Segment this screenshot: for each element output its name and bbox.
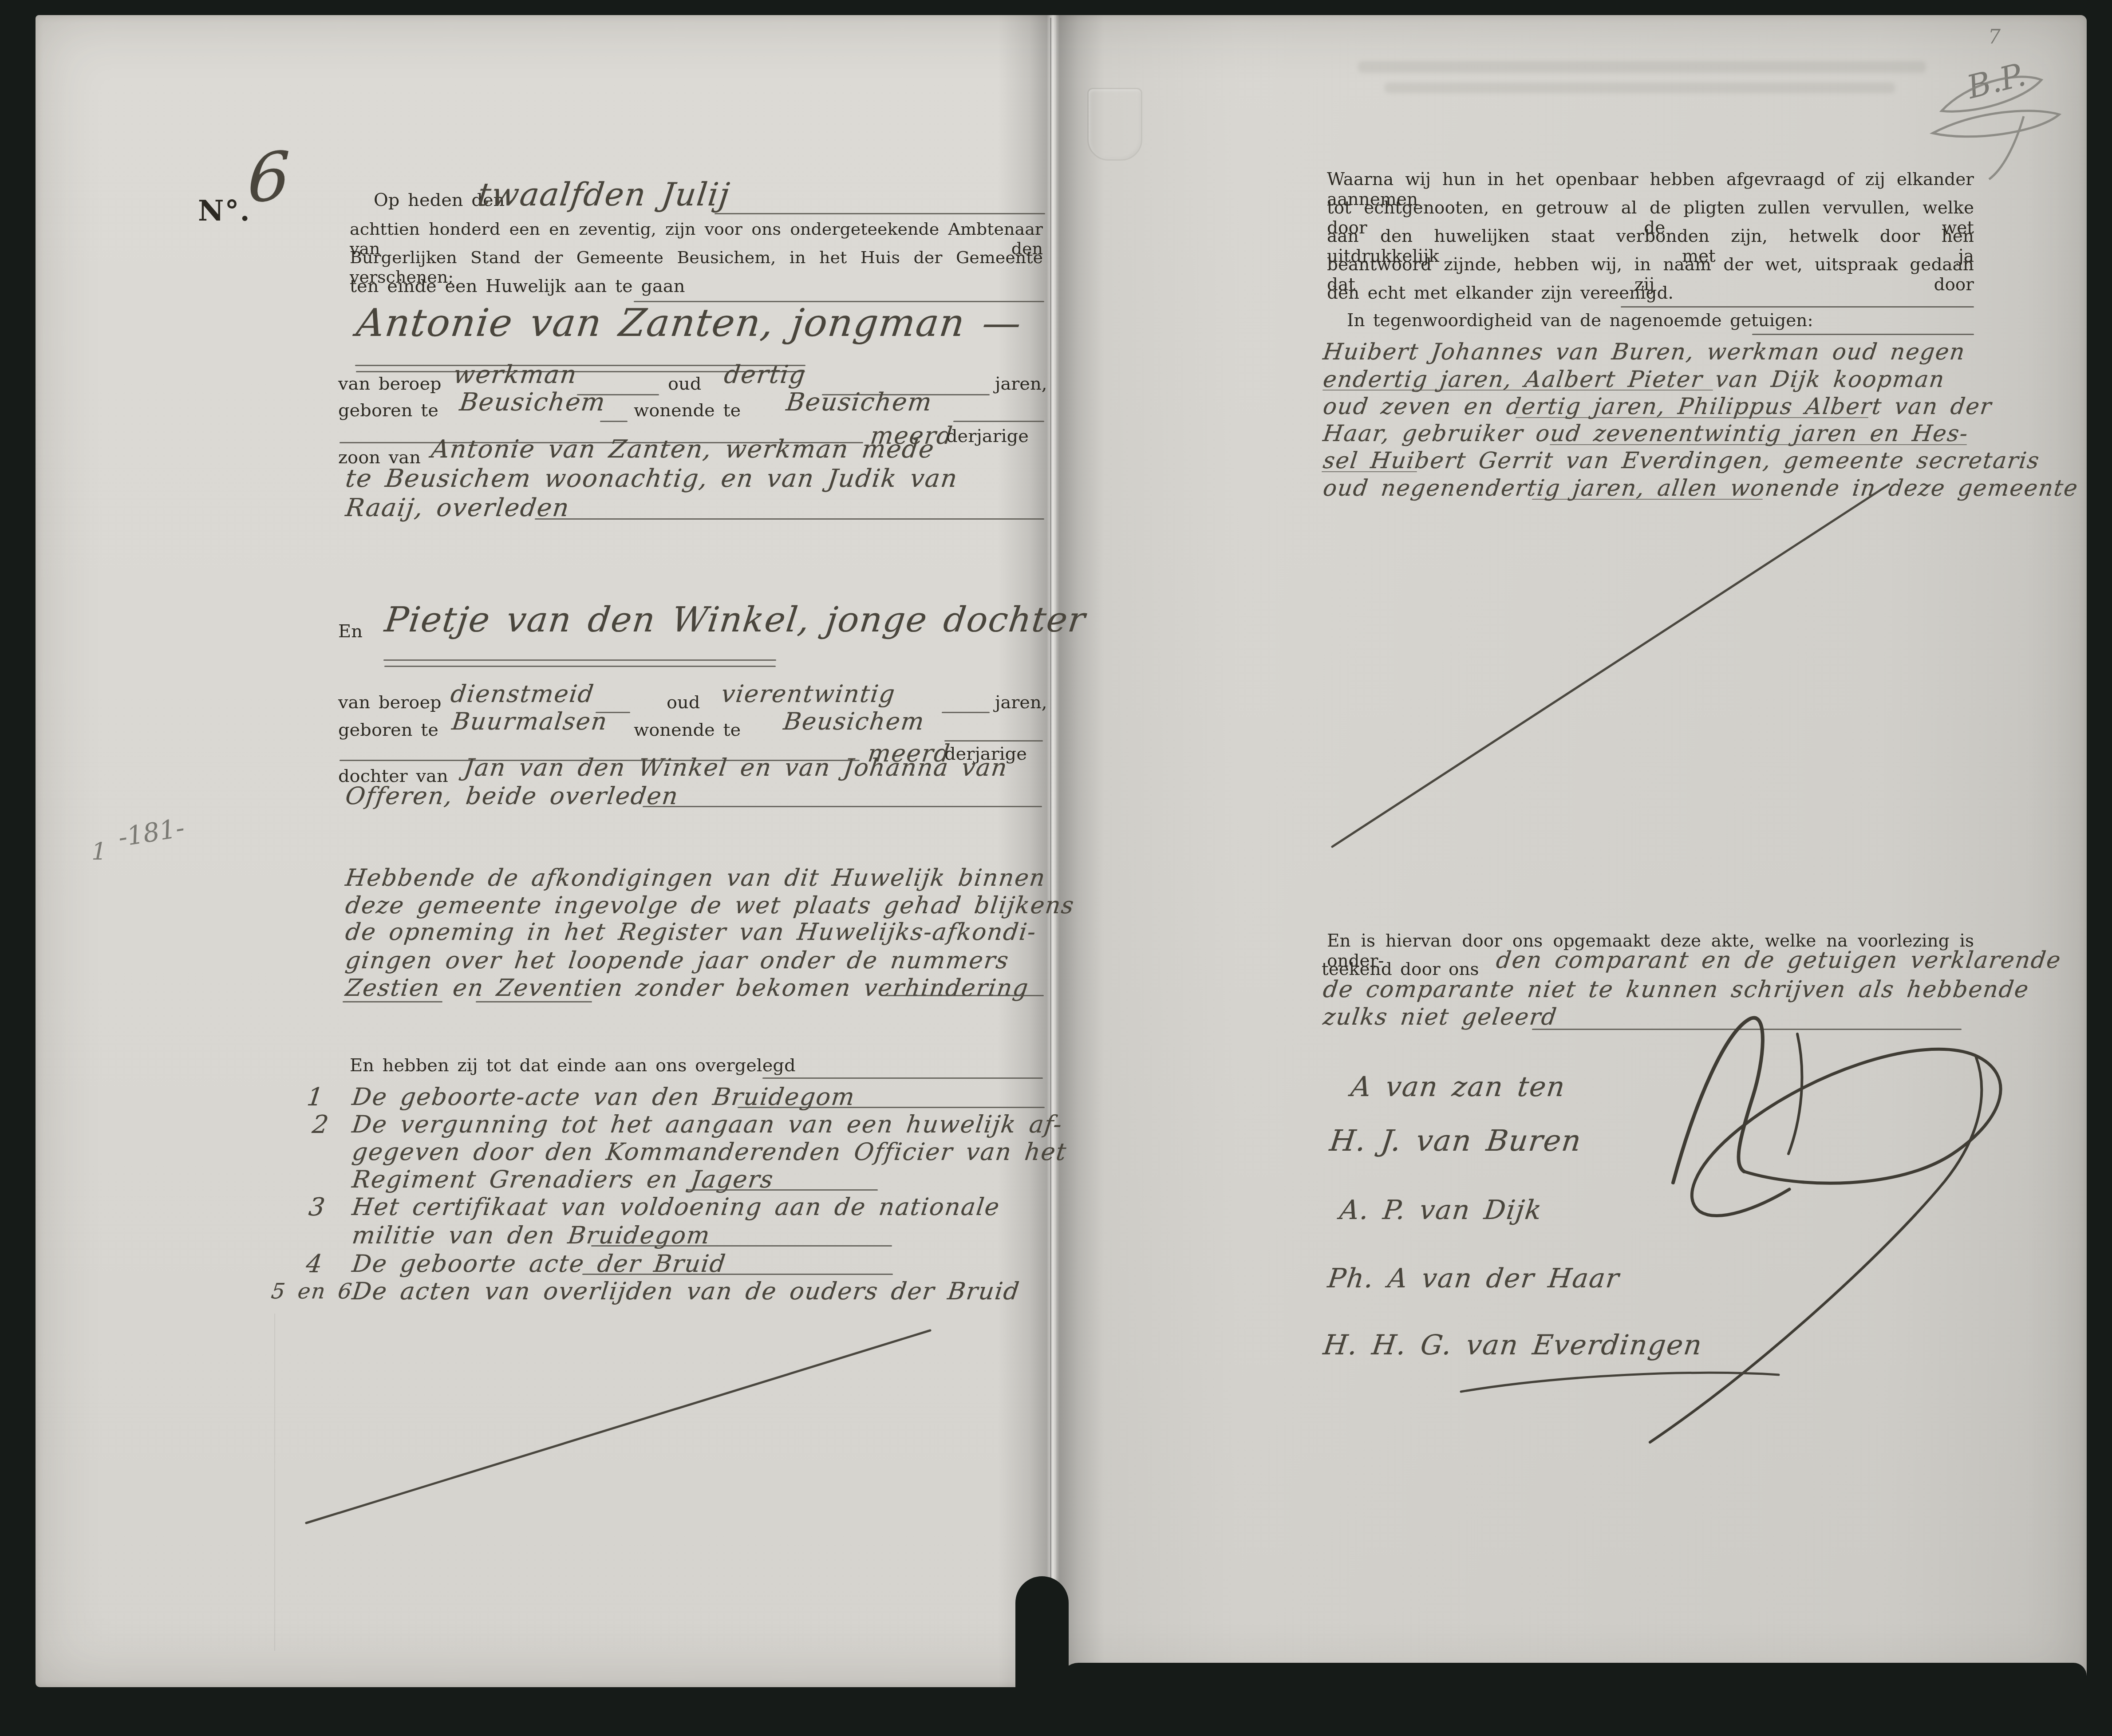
document-item-line: Het certifikaat van voldoening aan de na…: [351, 1193, 1002, 1221]
blank-line-rule: [1532, 1029, 1962, 1030]
intro-line-4: ten einde een Huwelijk aan te gaan: [350, 276, 685, 296]
banns-line-2: deze gemeente ingevolge de wet plaats ge…: [344, 892, 1076, 919]
document-item-number: 4: [304, 1250, 325, 1278]
signature-witness-van-dijk: A. P. van Dijk: [1338, 1195, 1544, 1226]
witness-name-underline: [1322, 471, 1417, 472]
bride-beroep-label: van beroep: [338, 692, 442, 713]
bride-parents-line-1: Jan van den Winkel en van Johanna van: [462, 754, 1009, 781]
banns-line-4: gingen over het loopende jaar onder de n…: [344, 947, 1011, 974]
signature-witness-van-buren: H. J. van Buren: [1328, 1124, 1584, 1158]
groom-birthplace-value: Beusichem: [458, 388, 608, 417]
document-item-line: De acten van overlijden van de ouders de…: [351, 1277, 1022, 1305]
groom-name-suffix: , jongman —: [758, 301, 1024, 345]
blank-line-rule: [715, 213, 1045, 214]
blank-line-rule: [535, 518, 1044, 520]
bride-beroep-value: dienstmeid: [449, 680, 596, 708]
blank-line-rule: [762, 1077, 1043, 1079]
bride-en-label: En: [338, 621, 363, 642]
groom-name-line: Antonie van Zanten, jongman —: [354, 301, 1024, 345]
word-underline: [476, 1001, 592, 1002]
name-underline: [383, 659, 776, 661]
groom-oud-label: oud: [668, 374, 701, 394]
vows-line-5: den echt met elkander zijn vereenigd.: [1327, 283, 1674, 303]
spine-bottom-notch: [1015, 1576, 1069, 1688]
bride-residence-value: Beusichem: [782, 707, 926, 735]
bride-wonende-label: wonende te: [634, 720, 741, 740]
blank-line-rule: [687, 1189, 878, 1191]
pencil-margin-note-1: 1: [91, 838, 107, 866]
bride-name-line: Pietje van den Winkel, jonge dochter: [383, 600, 1088, 640]
document-item-number: 1: [305, 1083, 326, 1112]
blank-line-rule: [944, 740, 1043, 742]
blank-line-rule: [591, 1245, 892, 1247]
blank-line-rule: [1752, 334, 1974, 335]
groom-jaren-label: jaren,: [995, 374, 1047, 394]
bride-geboren-label: geboren te: [338, 720, 438, 740]
bride-jaren-label: jaren,: [995, 692, 1047, 713]
witnesses-intro-printed: In tegenwoordigheid van de nagenoemde ge…: [1347, 311, 1813, 331]
name-underline: [384, 666, 776, 667]
witness-line-3: oud zeven en dertig jaren, Philippus Alb…: [1322, 394, 1994, 420]
bride-birthplace-value: Buurmalsen: [450, 707, 609, 735]
act-number-value: 6: [247, 137, 292, 218]
groom-parents-line-2: te Beusichem woonachtig, en van Judik va…: [344, 464, 959, 493]
groom-age-value: dertig: [722, 360, 808, 389]
witness-line-5: sel Huibert Gerrit van Everdingen, gemee…: [1322, 448, 2041, 474]
blank-line-rule: [738, 1107, 1045, 1108]
bride-age-value: vierentwintig: [720, 680, 897, 708]
signature-witness-van-der-haar: Ph. A van der Haar: [1326, 1263, 1622, 1294]
witness-name-underline: [1532, 499, 1763, 500]
embossed-seal: [1087, 88, 1142, 161]
bride-oud-label: oud: [667, 692, 700, 713]
blank-line-rule: [600, 421, 628, 422]
document-item-line: De vergunning tot het aangaan van een hu…: [351, 1110, 1064, 1138]
closing-line-4-handwritten: zulks niet geleerd: [1322, 1004, 1559, 1030]
blank-line-rule: [582, 1274, 893, 1275]
banns-line-5: Zestien en Zeventien zonder bekomen verh…: [344, 975, 1030, 1002]
document-item-number: 2: [311, 1110, 331, 1139]
closing-line-3-handwritten: de comparante niet te kunnen schrijven a…: [1322, 976, 2031, 1003]
bride-parents-line-2: Offeren, beide overleden: [344, 782, 680, 810]
banns-line-1: Hebbende de afkondigingen van dit Huweli…: [344, 864, 1047, 892]
blank-line-rule: [942, 712, 990, 713]
blank-line-rule: [643, 806, 1042, 807]
closing-line-2-handwritten: den comparant en de getuigen verklarende: [1495, 947, 2063, 974]
witness-name-underline: [1322, 390, 1713, 391]
groom-parents-line-1: Antonie van Zanten, werkman mede: [430, 435, 936, 464]
ink-bleed-ghost: [1385, 83, 1895, 93]
word-underline: [343, 1001, 442, 1002]
documents-intro-printed: En hebben zij tot dat einde aan ons over…: [350, 1055, 796, 1076]
ink-bleed-ghost: [1358, 61, 1926, 73]
document-item-line: gegeven door den Kommanderenden Officier…: [351, 1138, 1069, 1166]
groom-name: Antonie van Zanten: [354, 301, 764, 345]
signature-groom: A van zan ten: [1349, 1070, 1567, 1103]
groom-wonende-label: wonende te: [634, 400, 741, 421]
pencil-page-number: 7: [1988, 26, 2001, 48]
groom-beroep-label: van beroep: [338, 374, 442, 394]
intro-date-handwritten: twaalfden Julij: [476, 176, 732, 213]
witness-name-underline: [1550, 444, 1967, 445]
book-fold-crease-line: [1050, 18, 1051, 1683]
signature-witness-van-everdingen: H. H. G. van Everdingen: [1322, 1329, 1705, 1361]
blank-line-rule: [953, 421, 1044, 422]
paper-crease: [274, 1314, 275, 1651]
right-page-bottom-edge: [1061, 1663, 2087, 1688]
blank-line-rule: [884, 995, 1044, 996]
groom-beroep-value: werkman: [452, 360, 579, 389]
witness-name-underline: [1516, 417, 1868, 418]
document-item-number: 5 en 6: [270, 1279, 354, 1304]
act-number-label: N°.: [198, 194, 251, 228]
bride-name: Pietje van den Winkel: [383, 600, 801, 640]
document-item-number: 3: [307, 1193, 328, 1222]
bride-name-suffix: , jonge dochter: [796, 600, 1088, 640]
scanned-marriage-register-spread: N°. 6 Op heden den twaalfden Julij achtt…: [0, 0, 2112, 1736]
blank-line-rule: [1621, 306, 1974, 308]
witness-line-4: Haar, gebruiker oud zevenentwintig jaren…: [1322, 421, 1970, 447]
witness-line-6: oud negenendertig jaren, allen wonende i…: [1322, 475, 2080, 501]
groom-derjarige-printed: derjarige: [946, 426, 1029, 446]
groom-residence-value: Beusichem: [785, 388, 934, 417]
witness-line-2: endertig jaren, Aalbert Pieter van Dijk …: [1322, 367, 1946, 393]
witness-line-1: Huibert Johannes van Buren, werkman oud …: [1322, 339, 1967, 365]
groom-geboren-label: geboren te: [338, 400, 438, 421]
banns-line-3: de opneming in het Register van Huwelijk…: [344, 919, 1038, 946]
